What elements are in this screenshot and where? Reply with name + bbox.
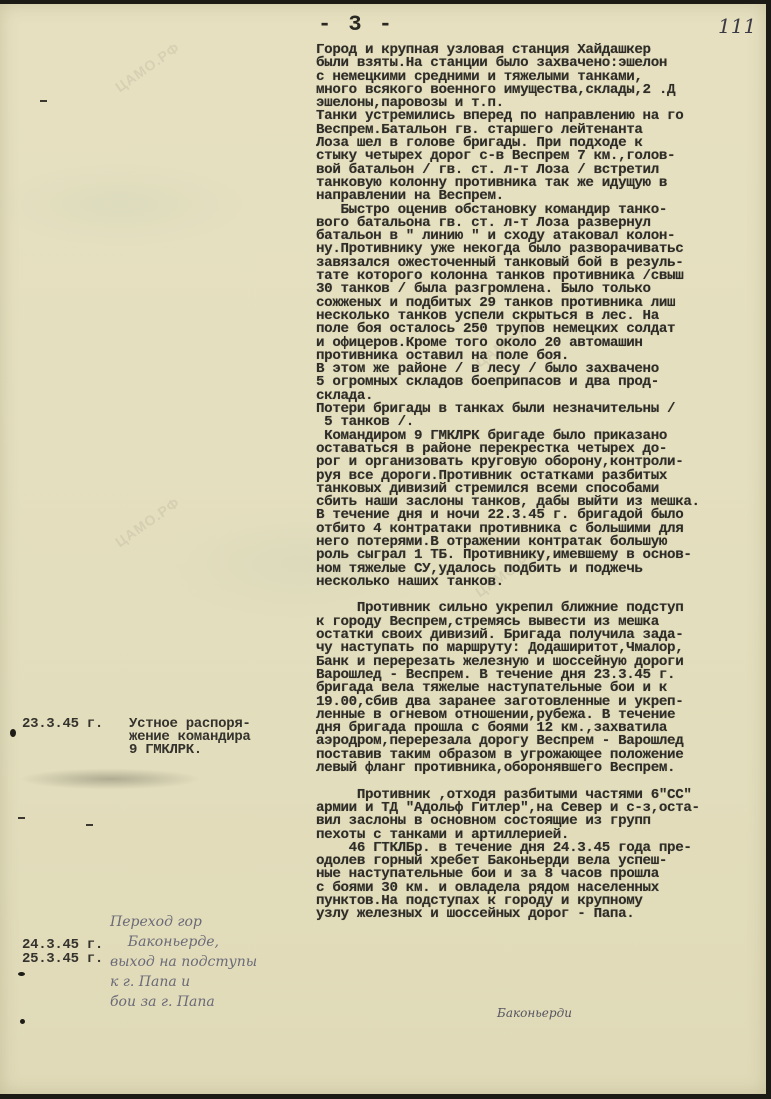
document-page: ЦАМО.РФ ЦАМО.РФ ЦАМО.РФ ЦАМО.РФ - 3 - 11… bbox=[0, 4, 766, 1094]
punch-hole-mark bbox=[10, 729, 16, 737]
handwritten-margin-note: Переход гор Баконьерде, выход на подступ… bbox=[110, 912, 257, 1012]
margin-date-25-march: 25.3.45 г. bbox=[22, 953, 103, 966]
watermark: ЦАМО.РФ bbox=[112, 39, 183, 95]
text-line: 5 огромных складов боеприпасов и два про… bbox=[316, 376, 768, 389]
text-line: несколько наших танков. bbox=[316, 576, 768, 589]
margin-order-note: Устное распоря- жение командира 9 ГМКЛРК… bbox=[129, 718, 251, 757]
stray-mark bbox=[40, 100, 47, 102]
margin-date-23-march: 23.3.45 г. bbox=[22, 718, 103, 731]
text-line: левый фланг противника,оборонявшего Весп… bbox=[316, 762, 768, 775]
typewritten-body: Город и крупная узловая станция Хайдашке… bbox=[316, 44, 768, 922]
text-line: узлу железных и шоссейных дорог - Папа. bbox=[316, 908, 768, 921]
handwritten-inline-correction: Баконьерди bbox=[497, 1006, 572, 1020]
stray-mark bbox=[86, 824, 93, 826]
page-number: - 3 - bbox=[318, 12, 394, 37]
archive-sheet-number: 111 bbox=[718, 14, 756, 38]
stray-mark bbox=[18, 817, 25, 819]
punch-hole-mark bbox=[20, 1019, 25, 1024]
punch-hole-mark bbox=[18, 972, 25, 976]
watermark: ЦАМО.РФ bbox=[112, 494, 183, 550]
